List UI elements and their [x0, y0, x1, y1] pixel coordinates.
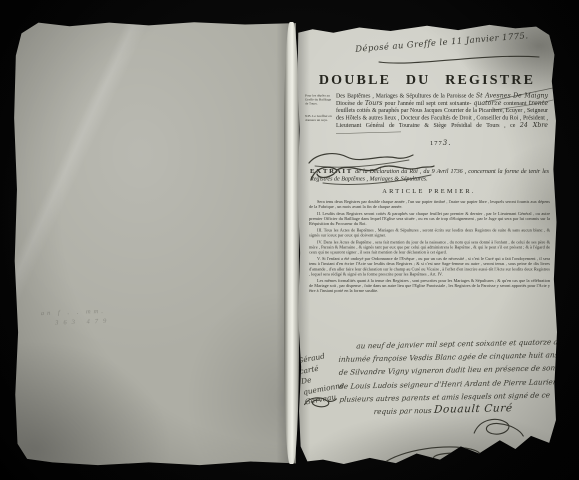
printed-matter: Pour les dépôts au Greffe du Bailliage d… [305, 92, 553, 295]
article-paragraph-6: Les mêmes formalités quant à la tenue de… [309, 278, 550, 293]
preamble-hand-year: quatorze [473, 99, 501, 107]
pencil-annotation: an f . . mm. 363 479 [41, 306, 162, 327]
margin-notes-column: Pour les dépôts au Greffe du Bailliage d… [305, 92, 333, 136]
article-paragraph-2: II. Lesdits deux Registres seront cottés… [309, 211, 550, 226]
signature-paraph-large [374, 440, 503, 477]
preamble-hand-diocese: Tours [365, 99, 383, 107]
preamble-print-segment: feuillets cottés & paraphés par Nous Jac… [336, 107, 548, 129]
preamble-print-segment: Des Baptêmes , Mariages & Sépultures de … [336, 92, 474, 99]
pencil-row-1: an f . . mm. [41, 308, 106, 317]
page-fore-edge [284, 22, 299, 464]
article-paragraph-4: IV. Dans les Actes de Baptême , sera fai… [309, 239, 550, 254]
declaration-articles: Sera tenu deux Registres par double chaq… [309, 199, 550, 293]
register-title-page: Déposé au Greffe le 11 Janvier 1775. DOU… [297, 24, 557, 464]
article-premier-heading: ARTICLE PREMIER. [305, 188, 553, 196]
article-paragraph-1: Sera tenu deux Registres par double chaq… [309, 199, 550, 209]
preamble-print-segment: contenant [504, 99, 527, 106]
archive-scan-photo: an f . . mm. 363 479 Déposé au Greffe le… [0, 0, 579, 480]
extrait-heading: EXTRAIT de la Déclaration du Roi , du 9 … [310, 167, 549, 183]
preamble-block: Pour les dépôts au Greffe du Bailliage d… [305, 92, 553, 136]
article-paragraph-5: V. Si l'enfant a été ondoyé par Ordonnan… [309, 256, 550, 276]
left-blank-page: an f . . mm. 363 479 [13, 20, 296, 466]
preamble-paragraph: Des Baptêmes , Mariages & Sépultures de … [336, 92, 548, 136]
year-handwritten-digit: 3. [443, 139, 452, 147]
deposit-underline-flourish [375, 50, 545, 68]
year-line: 1773. [430, 139, 553, 147]
margin-print-note-1: Pour les dépôts au Greffe du Bailliage d… [305, 94, 333, 106]
act-text-lines: au neuf de janvier mil sept cent soixant… [338, 335, 554, 419]
cure-signature: Douault Curé [434, 402, 514, 416]
page-title: DOUBLE DU REGISTRE [297, 73, 557, 89]
signature-paraph-small [470, 414, 527, 441]
extrait-word: EXTRAIT [310, 167, 353, 175]
preamble-hand-day: 24 Xbre [520, 121, 548, 129]
deposit-note-handwritten: Déposé au Greffe le 11 Janvier 1775. [355, 29, 555, 55]
pencil-row-2: 363 479 [55, 316, 161, 327]
preamble-print-segment: pour l'année mil sept cent soixante- [385, 99, 472, 106]
act-closing-text: requis par nous [373, 406, 432, 416]
ink-dash-line [336, 131, 401, 133]
preamble-print-segment: Diocèse de [336, 99, 363, 106]
preamble-hand-folios: trente [529, 99, 548, 107]
margin-print-note-2: N.B. Le Greffier en donnera un reçu. [305, 115, 333, 123]
handwritten-act: Géraud carté De quemionne Gerveau au neu… [300, 335, 554, 419]
year-printed: 177 [430, 139, 443, 147]
article-paragraph-3: III. Tous les Actes de Baptêmes , Mariag… [309, 228, 550, 238]
